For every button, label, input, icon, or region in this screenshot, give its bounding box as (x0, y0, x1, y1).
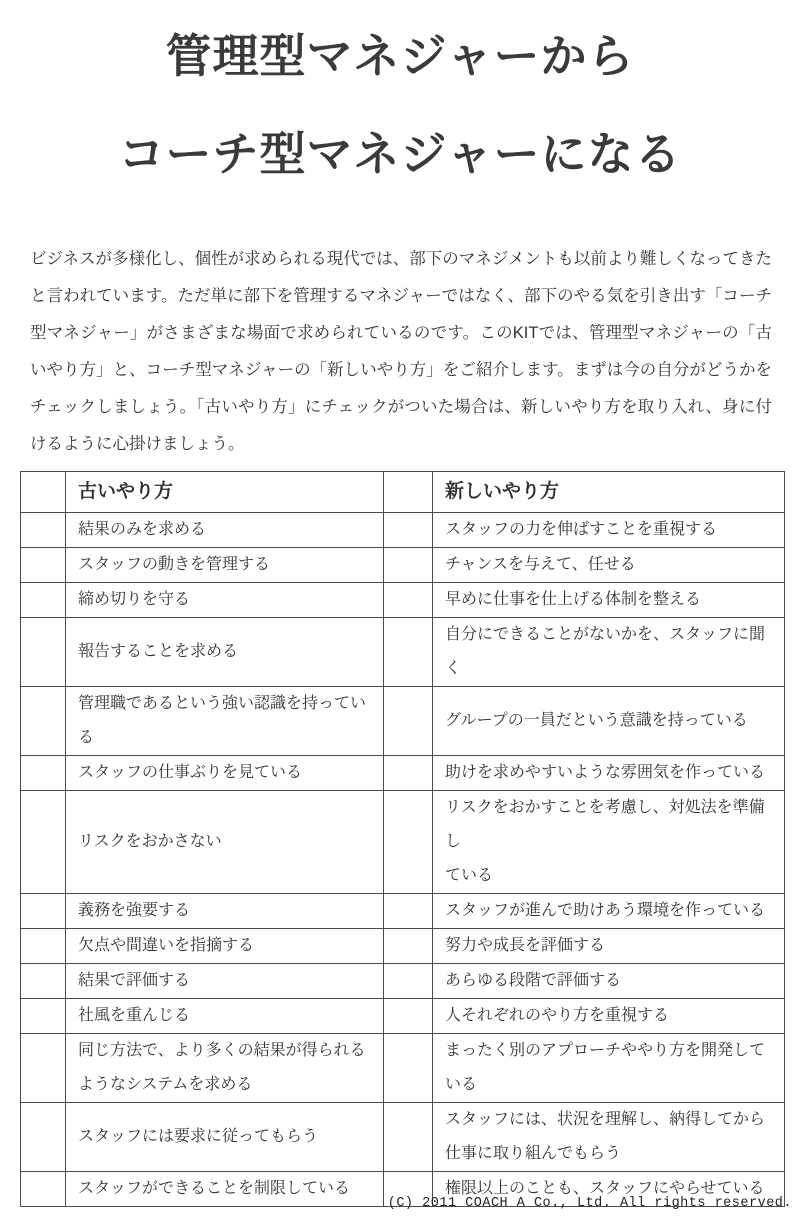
old-way-cell: 義務を強要する (66, 893, 384, 928)
table-row: リスクをおかさないリスクをおかすことを考慮し、対処法を準備し ている (21, 790, 785, 893)
new-way-cell: 自分にできることがないかを、スタッフに聞く (433, 617, 785, 686)
old-way-cell: 結果で評価する (66, 963, 384, 998)
new-check-cell[interactable] (384, 547, 433, 582)
intro-paragraph: ビジネスが多様化し、個性が求められる現代では、部下のマネジメントも以前より難しく… (30, 241, 772, 463)
table-row: スタッフには要求に従ってもらうスタッフには、状況を理解し、納得してから 仕事に取… (21, 1102, 785, 1171)
new-check-cell[interactable] (384, 963, 433, 998)
old-check-cell[interactable] (21, 617, 66, 686)
table-row: 締め切りを守る早めに仕事を仕上げる体制を整える (21, 582, 785, 617)
old-way-header: 古いやり方 (66, 471, 384, 512)
old-check-cell[interactable] (21, 1033, 66, 1102)
old-way-cell: 同じ方法で、より多くの結果が得られる ようなシステムを求める (66, 1033, 384, 1102)
old-way-cell: スタッフには要求に従ってもらう (66, 1102, 384, 1171)
new-way-cell: チャンスを与えて、任せる (433, 547, 785, 582)
old-check-cell[interactable] (21, 790, 66, 893)
copyright-notice: (C) 2011 COACH A Co., Ltd. All rights re… (388, 1196, 792, 1211)
new-way-cell: グループの一員だという意識を持っている (433, 686, 785, 755)
new-way-cell: スタッフには、状況を理解し、納得してから 仕事に取り組んでもらう (433, 1102, 785, 1171)
new-check-cell[interactable] (384, 686, 433, 755)
old-check-cell[interactable] (21, 928, 66, 963)
new-check-cell[interactable] (384, 928, 433, 963)
table-row: 結果のみを求めるスタッフの力を伸ばすことを重視する (21, 512, 785, 547)
new-check-cell[interactable] (384, 1033, 433, 1102)
new-check-cell[interactable] (384, 1102, 433, 1171)
new-check-cell[interactable] (384, 755, 433, 790)
old-way-cell: 社風を重んじる (66, 998, 384, 1033)
new-check-cell[interactable] (384, 790, 433, 893)
table-row: 義務を強要するスタッフが進んで助けあう環境を作っている (21, 893, 785, 928)
page-title: 管理型マネジャーから コーチ型マネジャーになる (0, 0, 800, 179)
old-check-cell[interactable] (21, 582, 66, 617)
check-table-body: 結果のみを求めるスタッフの力を伸ばすことを重視するスタッフの動きを管理するチャン… (21, 512, 785, 1206)
new-way-header: 新しいやり方 (433, 471, 785, 512)
table-row: 同じ方法で、より多くの結果が得られる ようなシステムを求めるまったく別のアプロー… (21, 1033, 785, 1102)
table-row: 社風を重んじる人それぞれのやり方を重視する (21, 998, 785, 1033)
old-check-cell[interactable] (21, 893, 66, 928)
new-check-header-cell (384, 471, 433, 512)
checklist-table: 古いやり方 新しいやり方 結果のみを求めるスタッフの力を伸ばすことを重視するスタ… (20, 471, 785, 1207)
old-check-cell[interactable] (21, 755, 66, 790)
new-check-cell[interactable] (384, 512, 433, 547)
new-way-cell: 助けを求めやすいような雰囲気を作っている (433, 755, 785, 790)
old-check-cell[interactable] (21, 1171, 66, 1206)
new-check-cell[interactable] (384, 998, 433, 1033)
new-way-cell: あらゆる段階で評価する (433, 963, 785, 998)
table-header-row: 古いやり方 新しいやり方 (21, 471, 785, 512)
new-way-cell: スタッフが進んで助けあう環境を作っている (433, 893, 785, 928)
old-way-cell: 欠点や間違いを指摘する (66, 928, 384, 963)
old-check-cell[interactable] (21, 512, 66, 547)
table-row: スタッフの動きを管理するチャンスを与えて、任せる (21, 547, 785, 582)
old-check-cell[interactable] (21, 1102, 66, 1171)
old-way-cell: スタッフの動きを管理する (66, 547, 384, 582)
old-way-cell: 締め切りを守る (66, 582, 384, 617)
table-row: 欠点や間違いを指摘する努力や成長を評価する (21, 928, 785, 963)
new-way-cell: 人それぞれのやり方を重視する (433, 998, 785, 1033)
new-check-cell[interactable] (384, 617, 433, 686)
new-check-cell[interactable] (384, 582, 433, 617)
new-way-cell: まったく別のアプローチややり方を開発して いる (433, 1033, 785, 1102)
new-check-cell[interactable] (384, 893, 433, 928)
document-page: { "title": { "line1": "管理型マネジャーから", "lin… (0, 0, 800, 1230)
old-way-cell: リスクをおかさない (66, 790, 384, 893)
new-way-cell: 努力や成長を評価する (433, 928, 785, 963)
new-way-cell: スタッフの力を伸ばすことを重視する (433, 512, 785, 547)
page-title-line-1: 管理型マネジャーから (0, 32, 800, 80)
table-row: 管理職であるという強い認識を持ってい るグループの一員だという意識を持っている (21, 686, 785, 755)
table-row: スタッフの仕事ぶりを見ている助けを求めやすいような雰囲気を作っている (21, 755, 785, 790)
old-check-cell[interactable] (21, 686, 66, 755)
old-check-cell[interactable] (21, 547, 66, 582)
old-check-cell[interactable] (21, 963, 66, 998)
table-row: 報告することを求める自分にできることがないかを、スタッフに聞く (21, 617, 785, 686)
old-way-cell: 管理職であるという強い認識を持ってい る (66, 686, 384, 755)
table-row: 結果で評価するあらゆる段階で評価する (21, 963, 785, 998)
old-way-cell: スタッフの仕事ぶりを見ている (66, 755, 384, 790)
old-check-header-cell (21, 471, 66, 512)
new-way-cell: リスクをおかすことを考慮し、対処法を準備し ている (433, 790, 785, 893)
old-check-cell[interactable] (21, 998, 66, 1033)
new-way-cell: 早めに仕事を仕上げる体制を整える (433, 582, 785, 617)
old-way-cell: 結果のみを求める (66, 512, 384, 547)
old-way-cell: 報告することを求める (66, 617, 384, 686)
old-way-cell: スタッフができることを制限している (66, 1171, 384, 1206)
page-title-line-2: コーチ型マネジャーになる (0, 130, 800, 178)
